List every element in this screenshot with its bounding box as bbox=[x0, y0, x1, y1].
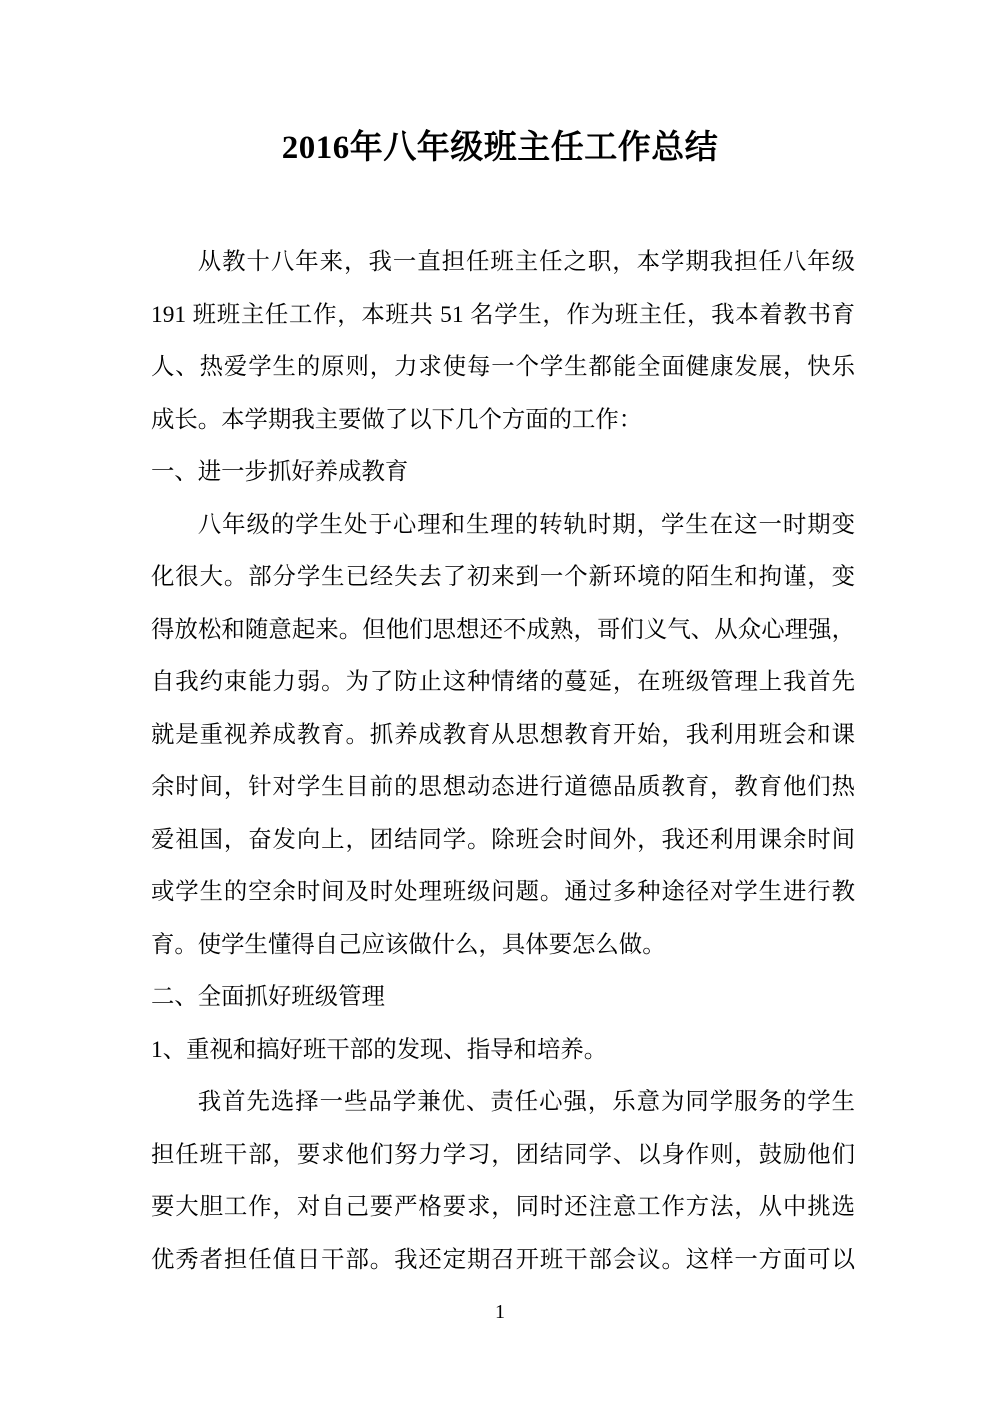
body-line: 八年级的学生处于心理和生理的转轨时期，学生在这一时期变 bbox=[151, 499, 855, 552]
body-line: 担任班干部，要求他们努力学习，团结同学、以身作则，鼓励他们 bbox=[151, 1129, 855, 1182]
body-line: 育。使学生懂得自己应该做什么，具体要怎么做。 bbox=[151, 919, 855, 972]
page-number: 1 bbox=[0, 1300, 1000, 1324]
section-heading: 二、全面抓好班级管理 bbox=[151, 971, 855, 1024]
body-line: 人、热爱学生的原则，力求使每一个学生都能全面健康发展，快乐 bbox=[151, 341, 855, 394]
section-heading: 一、进一步抓好养成教育 bbox=[151, 446, 855, 499]
body-line: 爱祖国，奋发向上，团结同学。除班会时间外，我还利用课余时间 bbox=[151, 814, 855, 867]
document-page: 2016年八年级班主任工作总结 从教十八年来，我一直担任班主任之职，本学期我担任… bbox=[0, 0, 1000, 1415]
body-line: 得放松和随意起来。但他们思想还不成熟，哥们义气、从众心理强， bbox=[151, 604, 855, 657]
body-line: 优秀者担任值日干部。我还定期召开班干部会议。这样一方面可以 bbox=[151, 1234, 855, 1287]
body-line: 自我约束能力弱。为了防止这种情绪的蔓延，在班级管理上我首先 bbox=[151, 656, 855, 709]
body-line: 就是重视养成教育。抓养成教育从思想教育开始，我利用班会和课 bbox=[151, 709, 855, 762]
document-title: 2016年八年级班主任工作总结 bbox=[0, 128, 1000, 168]
body-line: 191 班班主任工作，本班共 51 名学生，作为班主任，我本着教书育 bbox=[151, 289, 855, 342]
body-line: 要大胆工作，对自己要严格要求，同时还注意工作方法，从中挑选 bbox=[151, 1181, 855, 1234]
body-line: 余时间，针对学生目前的思想动态进行道德品质教育，教育他们热 bbox=[151, 761, 855, 814]
body-line: 化很大。部分学生已经失去了初来到一个新环境的陌生和拘谨，变 bbox=[151, 551, 855, 604]
body-line: 从教十八年来，我一直担任班主任之职，本学期我担任八年级 bbox=[151, 236, 855, 289]
body-line: 成长。本学期我主要做了以下几个方面的工作： bbox=[151, 394, 855, 447]
body-line: 或学生的空余时间及时处理班级问题。通过多种途径对学生进行教 bbox=[151, 866, 855, 919]
body-line: 我首先选择一些品学兼优、责任心强，乐意为同学服务的学生 bbox=[151, 1076, 855, 1129]
subsection-heading: 1、重视和搞好班干部的发现、指导和培养。 bbox=[151, 1024, 855, 1077]
document-body: 从教十八年来，我一直担任班主任之职，本学期我担任八年级 191 班班主任工作，本… bbox=[151, 236, 855, 1286]
